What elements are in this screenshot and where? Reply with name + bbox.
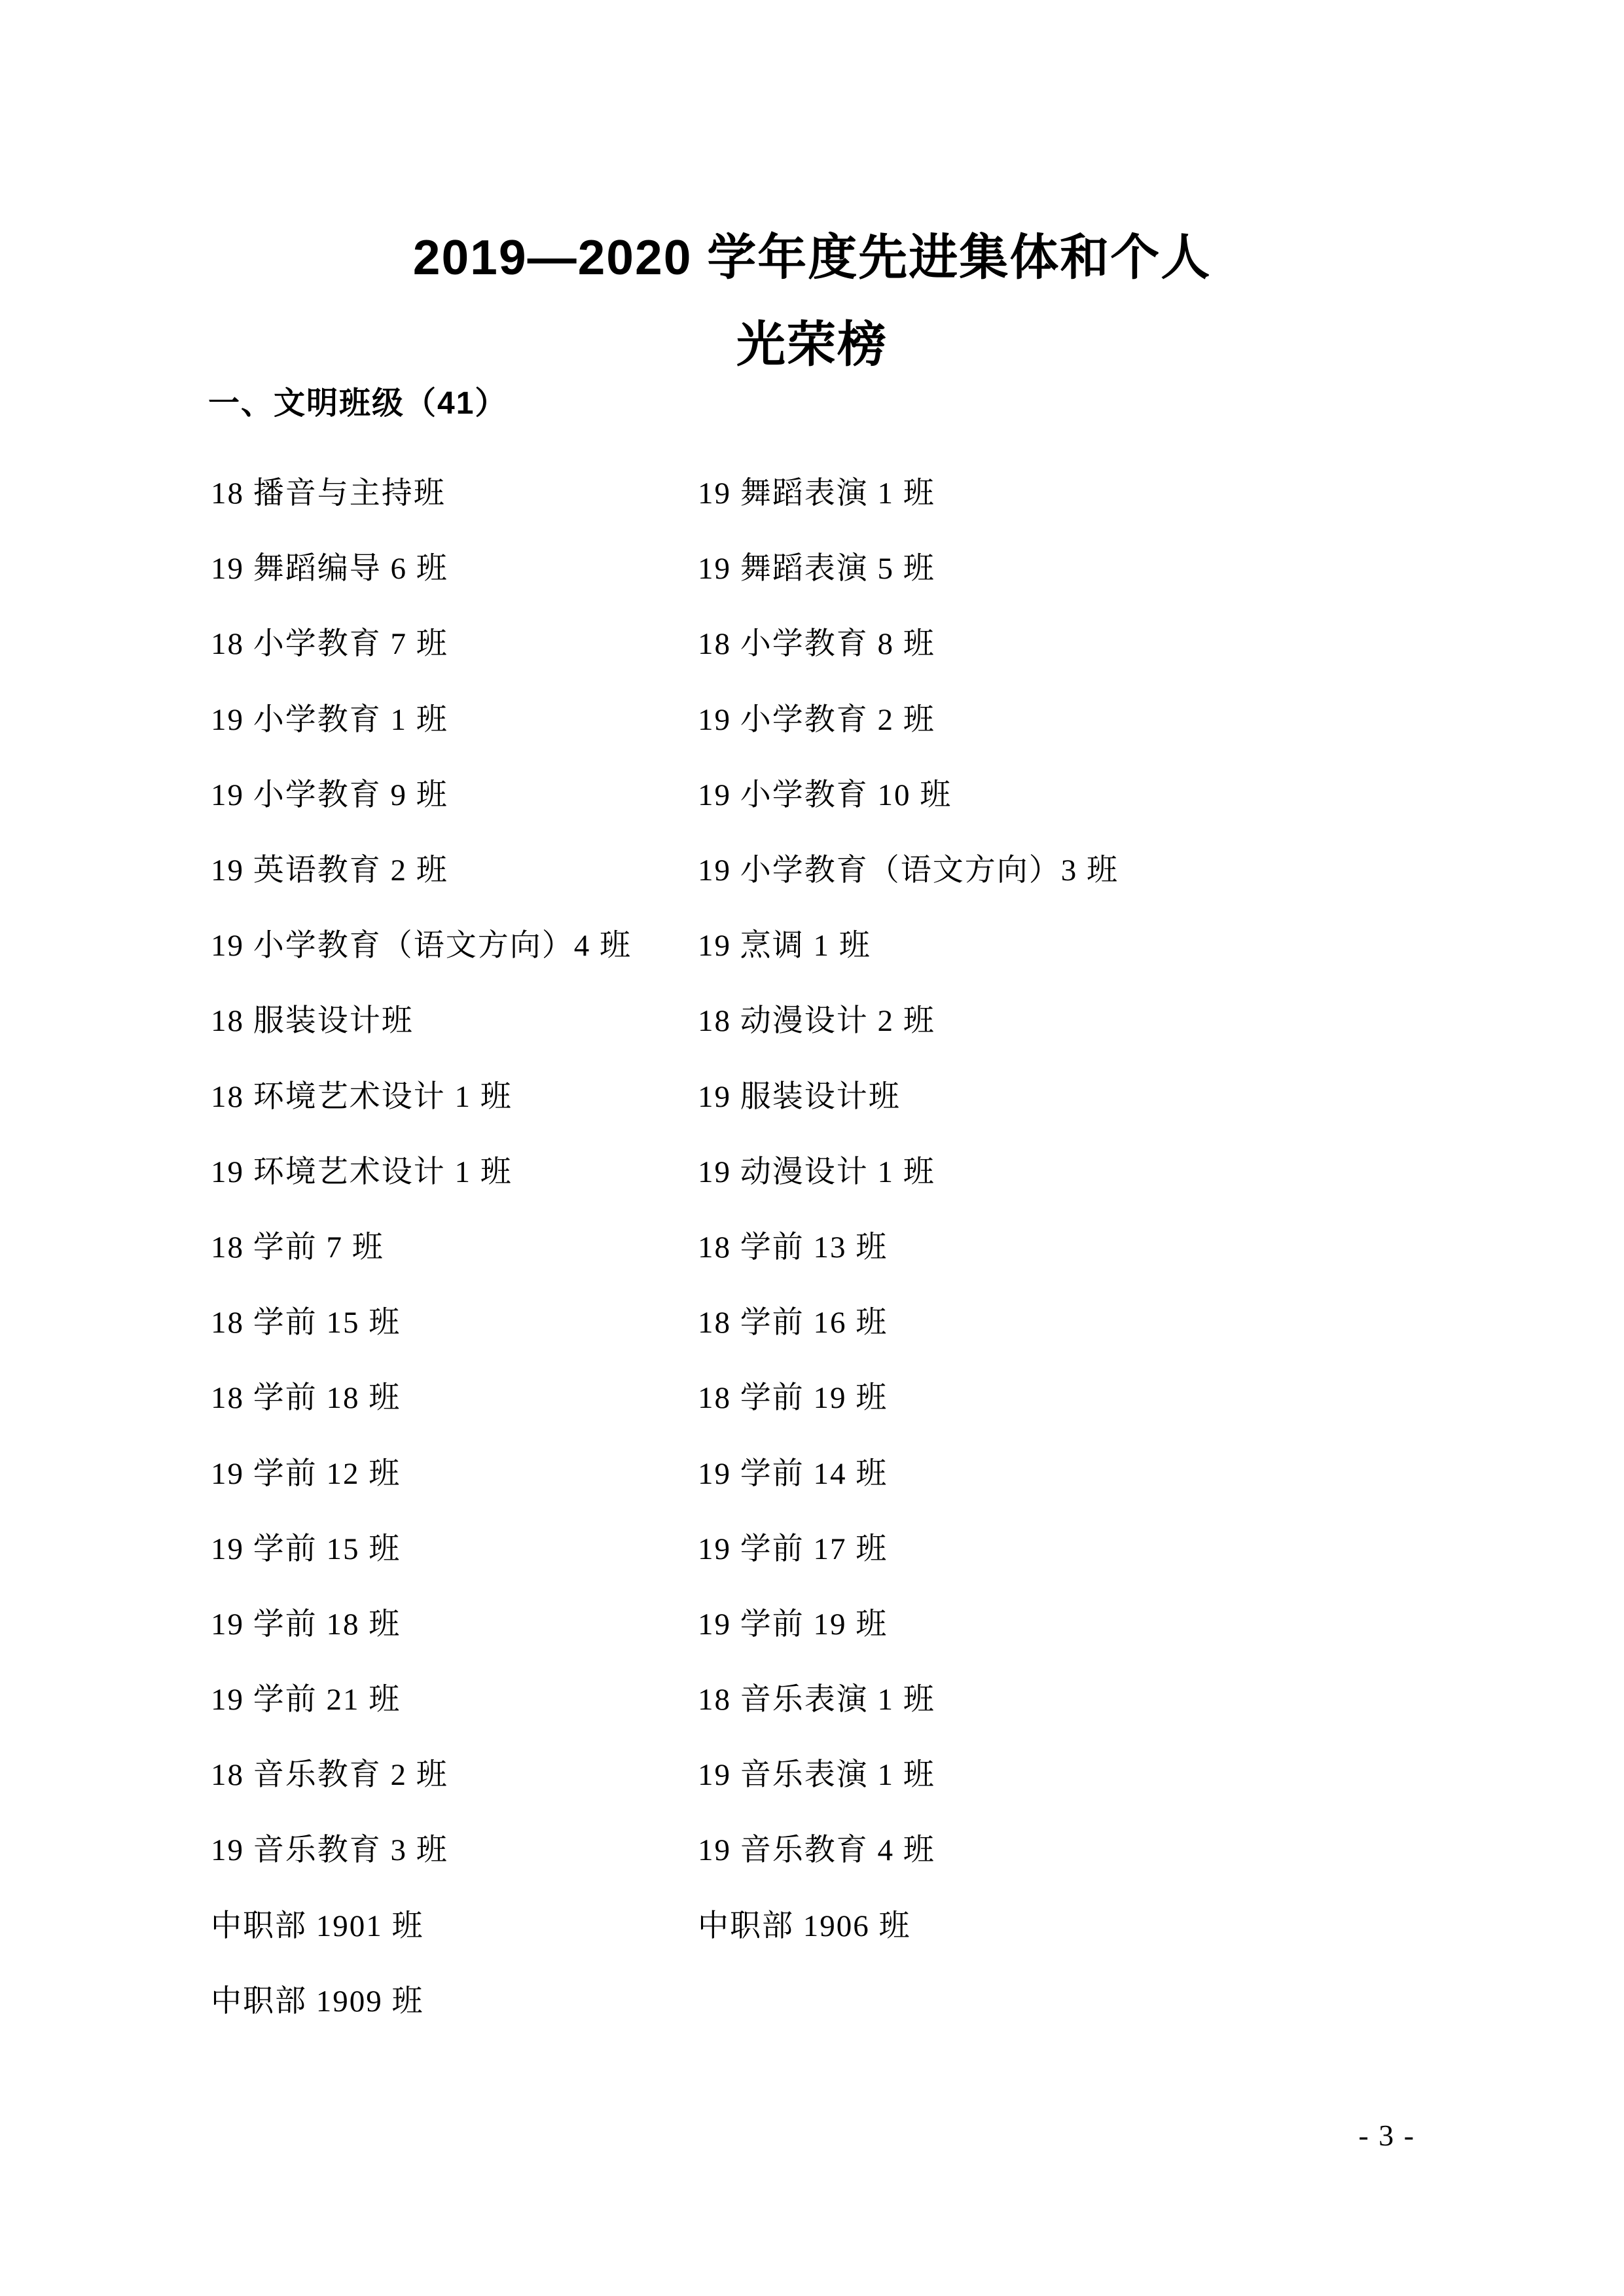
class-list-item: 18 播音与主持班 xyxy=(211,469,698,512)
class-list-row: 19 小学教育（语文方向）4 班 19 烹调 1 班 xyxy=(211,905,1435,980)
class-list-item: 18 动漫设计 2 班 xyxy=(698,996,1435,1040)
class-list-item: 19 小学教育 2 班 xyxy=(698,695,1435,739)
page-number: - 3 - xyxy=(1358,2118,1415,2153)
class-list-row: 18 环境艺术设计 1 班 19 服装设计班 xyxy=(211,1056,1435,1132)
class-list-item: 19 学前 15 班 xyxy=(211,1524,698,1568)
class-list-row: 19 学前 21 班 18 音乐表演 1 班 xyxy=(211,1659,1435,1734)
class-list-item: 中职部 1906 班 xyxy=(698,1901,1435,1945)
class-list-row: 18 服装设计班 18 动漫设计 2 班 xyxy=(211,980,1435,1056)
class-list-item: 19 动漫设计 1 班 xyxy=(698,1147,1435,1191)
class-list-item: 19 舞蹈编导 6 班 xyxy=(211,544,698,588)
class-list-item: 中职部 1909 班 xyxy=(211,1977,698,2020)
class-list-row: 19 学前 12 班 19 学前 14 班 xyxy=(211,1433,1435,1508)
class-list-item: 19 烹调 1 班 xyxy=(698,921,1435,965)
class-list-row: 18 音乐教育 2 班 19 音乐表演 1 班 xyxy=(211,1734,1435,1810)
class-list-row: 19 学前 18 班 19 学前 19 班 xyxy=(211,1584,1435,1659)
class-list-item: 中职部 1901 班 xyxy=(211,1901,698,1945)
class-list-row: 18 学前 15 班 18 学前 16 班 xyxy=(211,1282,1435,1357)
class-list-item: 19 学前 19 班 xyxy=(698,1600,1435,1643)
document-page: 2019—2020 学年度先进集体和个人 光荣榜 一、文明班级（41） 18 播… xyxy=(0,0,1624,2296)
class-list-item: 19 学前 21 班 xyxy=(211,1675,698,1719)
section-heading: 一、文明班级（41） xyxy=(208,384,507,424)
class-list-item: 19 学前 12 班 xyxy=(211,1449,698,1493)
class-list-item: 19 英语教育 2 班 xyxy=(211,846,698,889)
class-list-row: 19 小学教育 1 班 19 小学教育 2 班 xyxy=(211,679,1435,755)
class-list-row: 中职部 1901 班 中职部 1906 班 xyxy=(211,1886,1435,1961)
class-list-item: 19 小学教育（语文方向）3 班 xyxy=(698,846,1435,889)
class-list-item: 18 小学教育 7 班 xyxy=(211,619,698,663)
class-list-item: 19 学前 17 班 xyxy=(698,1524,1435,1568)
class-list-item: 18 学前 13 班 xyxy=(698,1223,1435,1266)
class-list-row: 18 学前 7 班 18 学前 13 班 xyxy=(211,1207,1435,1282)
class-list-item: 19 音乐教育 3 班 xyxy=(211,1825,698,1869)
class-list-item: 19 学前 18 班 xyxy=(211,1600,698,1643)
class-list-item: 19 环境艺术设计 1 班 xyxy=(211,1147,698,1191)
class-list-item: 19 音乐表演 1 班 xyxy=(698,1750,1435,1794)
class-list-item: 19 服装设计班 xyxy=(698,1072,1435,1116)
class-list-row: 中职部 1909 班 xyxy=(211,1961,1435,2036)
class-list-item: 18 音乐教育 2 班 xyxy=(211,1750,698,1794)
class-list-item: 19 舞蹈表演 5 班 xyxy=(698,544,1435,588)
class-list-row: 19 舞蹈编导 6 班 19 舞蹈表演 5 班 xyxy=(211,528,1435,603)
class-list-row: 19 音乐教育 3 班 19 音乐教育 4 班 xyxy=(211,1810,1435,1885)
class-list-row: 19 学前 15 班 19 学前 17 班 xyxy=(211,1509,1435,1584)
class-list-item: 18 学前 7 班 xyxy=(211,1223,698,1266)
page-title-line-1: 2019—2020 学年度先进集体和个人 xyxy=(0,229,1624,285)
class-list-item: 18 学前 15 班 xyxy=(211,1298,698,1342)
class-list-item: 18 学前 16 班 xyxy=(698,1298,1435,1342)
class-list-row: 19 英语教育 2 班 19 小学教育（语文方向）3 班 xyxy=(211,830,1435,905)
class-list-item: 19 小学教育 10 班 xyxy=(698,770,1435,814)
class-list-row: 18 学前 18 班 18 学前 19 班 xyxy=(211,1357,1435,1433)
class-list: 18 播音与主持班 19 舞蹈表演 1 班 19 舞蹈编导 6 班 19 舞蹈表… xyxy=(211,453,1435,2036)
class-list-item: 18 学前 18 班 xyxy=(211,1373,698,1417)
class-list-item: 18 小学教育 8 班 xyxy=(698,619,1435,663)
class-list-row: 18 播音与主持班 19 舞蹈表演 1 班 xyxy=(211,453,1435,528)
class-list-item: 19 学前 14 班 xyxy=(698,1449,1435,1493)
class-list-row: 19 环境艺术设计 1 班 19 动漫设计 1 班 xyxy=(211,1132,1435,1207)
class-list-item: 18 环境艺术设计 1 班 xyxy=(211,1072,698,1116)
class-list-item: 18 学前 19 班 xyxy=(698,1373,1435,1417)
class-list-item: 18 音乐表演 1 班 xyxy=(698,1675,1435,1719)
class-list-item: 19 小学教育 1 班 xyxy=(211,695,698,739)
class-list-row: 19 小学教育 9 班 19 小学教育 10 班 xyxy=(211,755,1435,830)
class-list-item: 19 音乐教育 4 班 xyxy=(698,1825,1435,1869)
page-title-line-2: 光荣榜 xyxy=(0,316,1624,372)
class-list-item: 19 小学教育（语文方向）4 班 xyxy=(211,921,698,965)
class-list-item: 19 舞蹈表演 1 班 xyxy=(698,469,1435,512)
class-list-row: 18 小学教育 7 班 18 小学教育 8 班 xyxy=(211,603,1435,679)
class-list-item: 18 服装设计班 xyxy=(211,996,698,1040)
class-list-item: 19 小学教育 9 班 xyxy=(211,770,698,814)
